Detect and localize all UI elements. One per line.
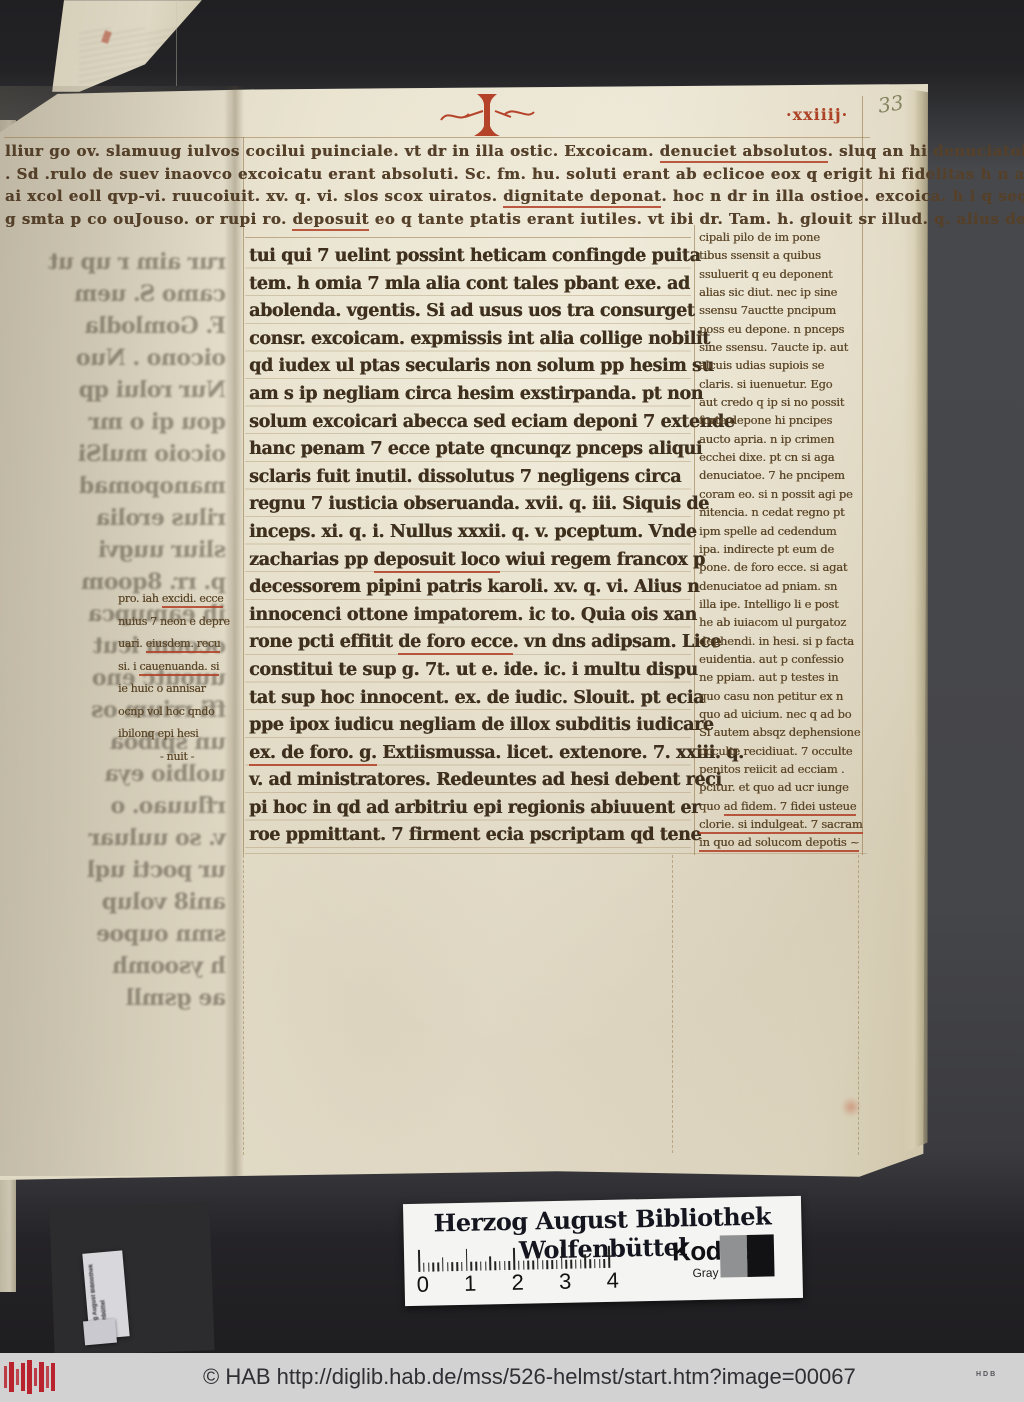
ruler-tick	[565, 1260, 567, 1269]
text-line: rilus erolia	[2, 502, 226, 534]
frame-line-middle-extension	[672, 855, 674, 1153]
ruler-tick	[485, 1261, 487, 1270]
text-line: . Sd .rulo de suev inaovco excoicatu era…	[5, 163, 875, 186]
ruler-tick	[575, 1260, 577, 1269]
text-line: ipa. indirecte pt eum de	[699, 540, 865, 558]
text-line: quo ad fidem. 7 fidei usteue	[699, 797, 865, 815]
text-line: euidentia. aut p confessio	[699, 650, 865, 668]
text-line: tui qui 7 uelint possint heticam confing…	[249, 243, 695, 271]
ruler-tick	[428, 1263, 430, 1272]
text-line: ai xcol eoll qvp-vi. ruucoiuit. xv. q. v…	[5, 185, 875, 208]
text-line: qou qi o mr	[2, 406, 226, 438]
copyright-url: © HAB http://diglib.hab.de/mss/526-helms…	[203, 1364, 856, 1390]
ruler-tick	[432, 1263, 434, 1272]
ruler-tick	[542, 1260, 544, 1269]
text-line: rone pcti effitit de foro ecce. vn dns a…	[249, 629, 695, 657]
ruler-tick	[456, 1262, 458, 1271]
ruler-tick	[508, 1261, 510, 1270]
text-line: h ysoomh	[2, 950, 226, 982]
text-line: claris. si iuenuetur. Ego	[699, 375, 865, 393]
text-line: sliur uugvi	[2, 534, 226, 566]
text-line: aucto apria. n ip crimen	[699, 430, 865, 448]
text-line: pcitur. et quo ad ucr iunge	[699, 778, 865, 796]
ruler-tick	[570, 1260, 572, 1269]
text-line: ur pocti uql	[2, 854, 226, 886]
text-line: denuciatoe ad pniam. sn	[699, 577, 865, 595]
text-line: poss eu depone. n pnceps	[699, 320, 865, 338]
text-line: Si autem absqz dephensione	[699, 723, 865, 741]
text-line: camo S. uem	[2, 278, 226, 310]
ruler-number: 1	[464, 1271, 477, 1297]
ruler-tick	[418, 1250, 420, 1272]
library-scale-label: Herzog August Bibliothek Wolfenbüttel 01…	[403, 1196, 803, 1306]
text-line: smn oupoe	[2, 918, 226, 950]
ruler-numbers: 01234	[418, 1267, 638, 1298]
ruler-tick	[556, 1260, 558, 1269]
footer-watermark: HDB	[976, 1371, 997, 1378]
text-line: he ab iuiacom ul purgatoz	[699, 613, 865, 631]
ruler-tick	[447, 1262, 449, 1271]
underlying-leaf-corner	[52, 0, 202, 92]
text-line: pro. iah excidi. ecce	[118, 588, 236, 611]
faint-scribbles	[79, 28, 184, 83]
ruler-tick	[451, 1262, 453, 1271]
ruling-main-top-line	[245, 237, 691, 238]
text-line: uari. eiusdem. recu	[118, 633, 236, 656]
ruler-tick	[532, 1260, 534, 1269]
text-line: penitos reiicit ad ecciam .	[699, 760, 865, 778]
ruler-number: 4	[606, 1268, 619, 1294]
main-text-block: tui qui 7 uelint possint heticam confing…	[249, 243, 695, 850]
ruler-tick	[584, 1254, 586, 1268]
text-line: aut credo q ip si no possit	[699, 393, 865, 411]
frame-line-left	[243, 137, 244, 855]
ruler-tick	[437, 1262, 439, 1271]
text-line: g smta p co ouJouso. or rupi ro. deposui…	[5, 208, 875, 231]
text-line: quo ad uicium. nec q ad bo	[699, 705, 865, 723]
text-line: pi hoc in qd ad arbitriu epi regionis ab…	[249, 795, 695, 823]
ruler-tick	[423, 1263, 425, 1272]
text-line: ssuluerit q eu deponent	[699, 265, 865, 283]
gray-scale-patch	[720, 1235, 748, 1278]
text-line: manopomad	[2, 470, 226, 502]
text-line: regnu 7 iusticia obseruanda. xvii. q. ii…	[249, 491, 695, 519]
ruler-tick	[599, 1259, 601, 1268]
text-line: Nur rolui qp	[2, 374, 226, 406]
text-line: innocenci ottone impatorem. ic to. Quia …	[249, 602, 695, 630]
text-line: abolenda. vgentis. Si ad usus uos tra co…	[249, 298, 695, 326]
ruler-tick	[489, 1256, 491, 1270]
spine-label-small	[83, 1319, 117, 1346]
text-line: nitencia. n cedat regno pt	[699, 503, 865, 521]
text-line: ecchei dixe. pt cn si aga	[699, 448, 865, 466]
text-line: dephendi. in hesi. si p facta	[699, 632, 865, 650]
text-line: ibilonq epi hesi	[118, 723, 236, 746]
text-line: am s ip negliam circa hesim exstirpanda.…	[249, 381, 695, 409]
page-right-edge	[903, 88, 928, 1164]
footer-bar: © HAB http://diglib.hab.de/mss/526-helms…	[0, 1353, 1024, 1402]
text-line: v. ad ministratores. Redeuntes ad hesi d…	[249, 767, 695, 795]
text-line: coram eo. si n possit agi pe	[699, 485, 865, 503]
ruler-tick	[551, 1260, 553, 1269]
text-line: ocnp vol hoc qndo	[118, 701, 236, 724]
ruler-tick	[442, 1257, 444, 1271]
text-line: illa ipe. Intelligo li e post	[699, 595, 865, 613]
ruler-tick	[461, 1262, 463, 1271]
text-line: ie huic o annisar	[118, 678, 236, 701]
text-line: ipm spelle ad cedendum	[699, 522, 865, 540]
text-line: v. so uuluar	[2, 822, 226, 854]
text-line: cipali pilo de im pone	[699, 228, 865, 246]
ruler-tick	[465, 1249, 467, 1271]
text-line: oicoio mulSi	[2, 438, 226, 470]
ruler-tick	[589, 1259, 591, 1268]
ruler-tick	[475, 1262, 477, 1271]
text-line: ssensu 7auctte pncipum	[699, 301, 865, 319]
black-scale-patch	[747, 1234, 775, 1277]
hab-logo-icon	[4, 1357, 55, 1397]
ruler-tick	[470, 1262, 472, 1271]
text-line: alcuis udias supiois se	[699, 356, 865, 374]
rubric-ornament-icon	[437, 90, 537, 140]
text-line: F. Gomlodla	[2, 310, 226, 342]
ruler-number: 0	[416, 1272, 429, 1298]
ruler-tick	[494, 1261, 496, 1270]
text-line: ani8 volup	[2, 886, 226, 918]
text-line: inceps. xi. q. i. Nullus xxxii. q. v. pc…	[249, 519, 695, 547]
folio-number-pencil: 33	[876, 90, 905, 117]
text-line: ex. de foro. g. Extiismussa. licet. exte…	[249, 740, 695, 768]
text-line: ae gsmll	[2, 982, 226, 1014]
leaf-edge-line	[176, 0, 177, 86]
ruler-tick	[546, 1260, 548, 1269]
frame-line-left-extension	[243, 855, 245, 1155]
text-line: roe ppmittant. 7 firment ecia pscriptam …	[249, 822, 695, 850]
text-line: solum excoicari abecca sed eciam deponi …	[249, 409, 695, 437]
ruler-tick	[560, 1247, 562, 1269]
text-line: consr. excoicam. expmissis int alia coll…	[249, 326, 695, 354]
ruler-tick	[608, 1246, 610, 1268]
text-line: denuciatoe. 7 he pncipem	[699, 466, 865, 484]
right-gloss-column: cipali pilo de im ponetibus ssensit a qu…	[699, 228, 865, 852]
ruler-tick	[518, 1261, 520, 1270]
text-line: quo casu non petitur ex n	[699, 687, 865, 705]
ruler-tick	[499, 1261, 501, 1270]
ruler-number: 3	[559, 1269, 572, 1295]
text-line: pone. de foro ecce. si agat	[699, 558, 865, 576]
text-line: hanc penam 7 ecce ptate qncunqz pnceps a…	[249, 436, 695, 464]
text-line: tibus ssensit a quibus	[699, 246, 865, 264]
ruler-tick	[594, 1259, 596, 1268]
header-gloss-lines: lliur go ov. slamuug iulvos cocilui puin…	[5, 140, 875, 230]
ruler-tick	[504, 1261, 506, 1270]
red-ink-smudge	[842, 1096, 860, 1118]
ruler-tick	[537, 1255, 539, 1269]
left-margin-note: pro. iah excidi. eccenuius 7 neon e depr…	[118, 588, 236, 768]
ruler-tick	[527, 1261, 529, 1270]
text-line: sine ssensu. 7aucte ip. aut	[699, 338, 865, 356]
ruler-number: 2	[511, 1270, 524, 1296]
text-line: decessorem pipini patris karoli. xv. q. …	[249, 574, 695, 602]
text-line: oicono . Nuo	[2, 342, 226, 374]
text-line: lliur go ov. slamuug iulvos cocilui puin…	[5, 140, 875, 163]
ruler-tick	[523, 1261, 525, 1270]
text-line: zacharias pp deposuit loco wiui regem fr…	[249, 547, 695, 575]
text-line: in quo ad solucom depotis ~	[699, 833, 865, 851]
ruler-tick	[513, 1248, 515, 1270]
ruler-tick	[580, 1259, 582, 1268]
text-line: tem. h omia 7 mla alia cont tales pbant …	[249, 271, 695, 299]
text-line: ppe ipox iudicu negliam de illox subditi…	[249, 712, 695, 740]
text-line: tat sup hoc innocent. ex. de iudic. Slou…	[249, 685, 695, 713]
ruling-main-bottom-line	[245, 853, 867, 854]
text-line: rfluuao. o	[2, 790, 226, 822]
text-line: occulte recidiuat. 7 occulte	[699, 742, 865, 760]
text-line: constitui te sup g. 7t. ut e. ide. ic. i…	[249, 657, 695, 685]
text-line: ne ppiam. aut p testes in	[699, 668, 865, 686]
folio-number-rubric: ·xxiiij·	[786, 105, 848, 124]
text-line: nuius 7 neon e depre	[118, 611, 236, 634]
text-line: - nuit -	[118, 746, 236, 769]
text-line: forte depone hi pncipes	[699, 411, 865, 429]
ruler-tick	[480, 1262, 482, 1271]
text-line: clorie. si indulgeat. 7 sacram	[699, 815, 865, 833]
ruler-tick	[603, 1259, 605, 1268]
text-line: sclaris fuit inutil. dissolutus 7 neglig…	[249, 464, 695, 492]
book-board	[49, 1202, 214, 1355]
text-line: alias sic diut. nec ip sine	[699, 283, 865, 301]
text-line: qd iudex ul ptas secularis non solum pp …	[249, 353, 695, 381]
text-line: si. i cauenuanda. si	[118, 656, 236, 679]
text-line: rur aim r up ut	[2, 246, 226, 278]
